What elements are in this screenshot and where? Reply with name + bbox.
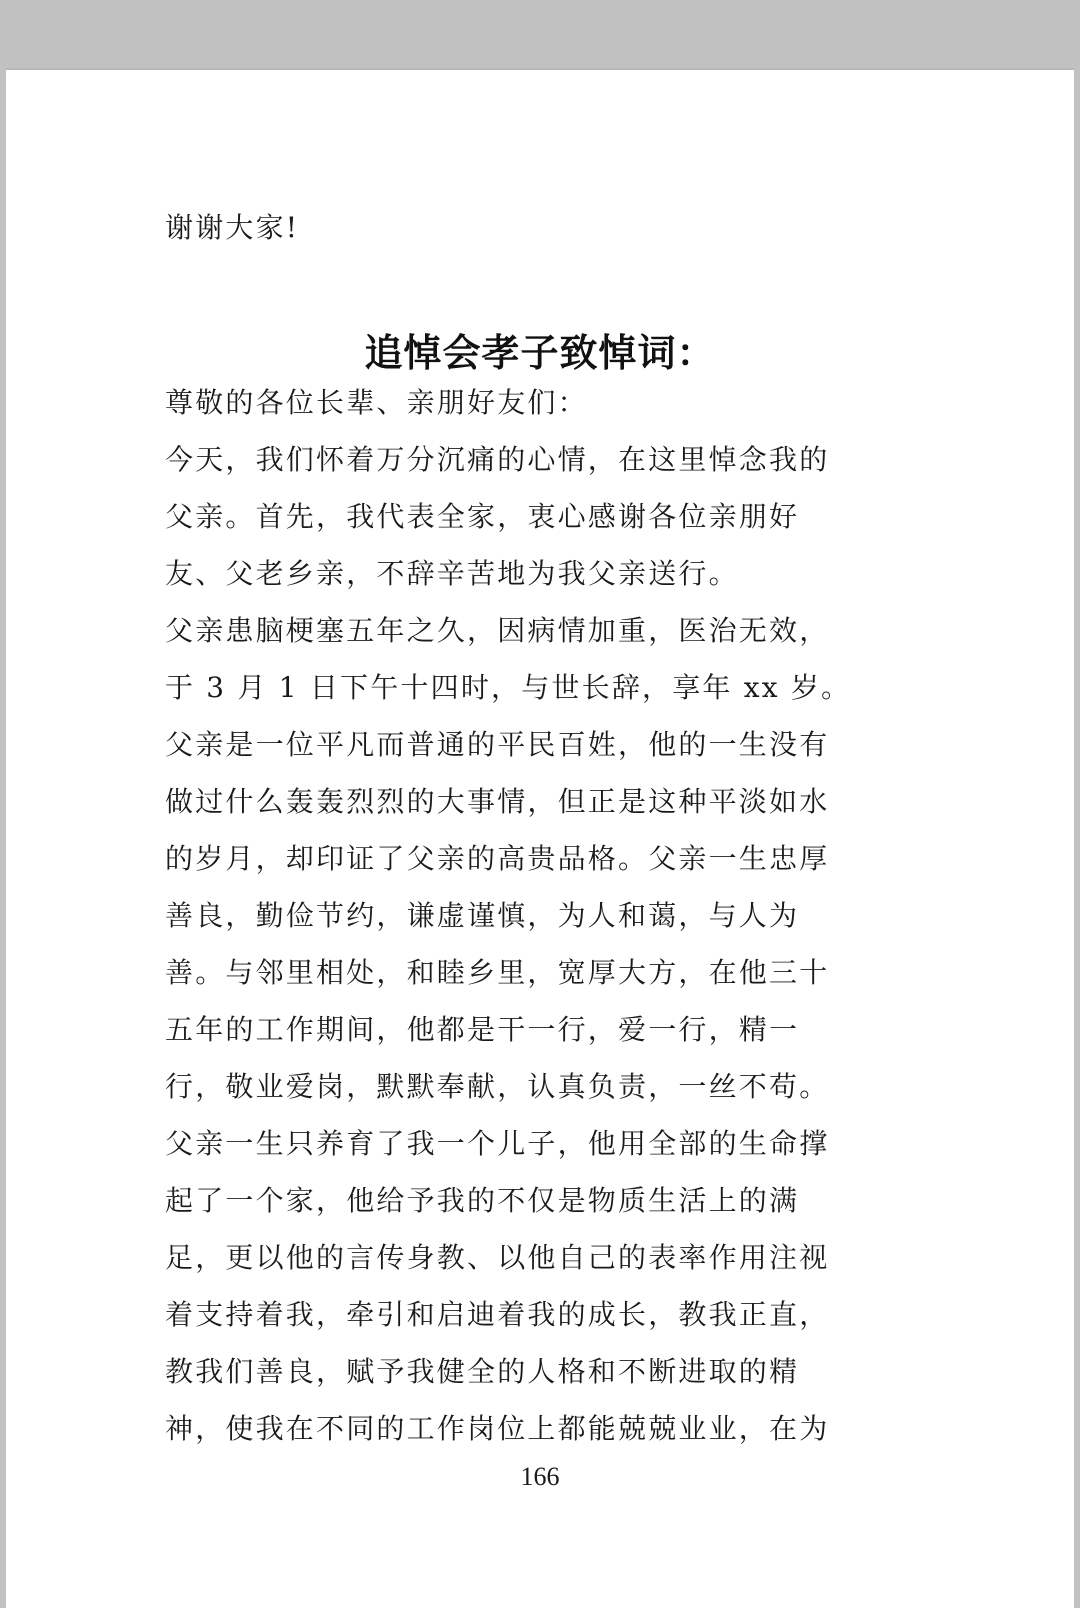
section-title: 追悼会孝子致悼词：: [0, 322, 1080, 377]
text-line: 父亲一生只养育了我一个儿子，他用全部的生命撑: [165, 1124, 829, 1164]
text-line: 做过什么轰轰烈烈的大事情，但正是这种平淡如水: [165, 782, 829, 822]
text-line: 善良，勤俭节约，谦虚谨慎，为人和蔼，与人为: [165, 896, 799, 936]
text-line: 于 3 月 1 日下午十四时，与世长辞，享年 xx 岁。: [165, 668, 851, 708]
text-line: 善。与邻里相处，和睦乡里，宽厚大方，在他三十: [165, 953, 829, 993]
text-line: 友、父老乡亲，不辞辛苦地为我父亲送行。: [165, 554, 739, 594]
closing-line: 谢谢大家!: [165, 208, 299, 248]
text-line: 五年的工作期间，他都是干一行，爱一行，精一: [165, 1010, 799, 1050]
text-line: 尊敬的各位长辈、亲朋好友们：: [165, 383, 588, 423]
text-line: 足，更以他的言传身教、以他自己的表率作用注视: [165, 1238, 829, 1278]
text-line: 教我们善良，赋予我健全的人格和不断进取的精: [165, 1352, 799, 1392]
text-line: 父亲是一位平凡而普通的平民百姓，他的一生没有: [165, 725, 829, 765]
text-line: 的岁月，却印证了父亲的高贵品格。父亲一生忠厚: [165, 839, 829, 879]
page-number: 166: [0, 1462, 1080, 1492]
text-line: 起了一个家，他给予我的不仅是物质生活上的满: [165, 1181, 799, 1221]
text-line: 着支持着我，牵引和启迪着我的成长，教我正直，: [165, 1295, 829, 1335]
text-line: 父亲患脑梗塞五年之久，因病情加重，医治无效，: [165, 611, 829, 651]
text-line: 今天，我们怀着万分沉痛的心情，在这里悼念我的: [165, 440, 829, 480]
text-line: 行，敬业爱岗，默默奉献，认真负责，一丝不苟。: [165, 1067, 829, 1107]
text-line: 父亲。首先，我代表全家，衷心感谢各位亲朋好: [165, 497, 799, 537]
text-line: 神，使我在不同的工作岗位上都能兢兢业业，在为: [165, 1409, 829, 1449]
viewer-top-bar: [0, 0, 1080, 68]
